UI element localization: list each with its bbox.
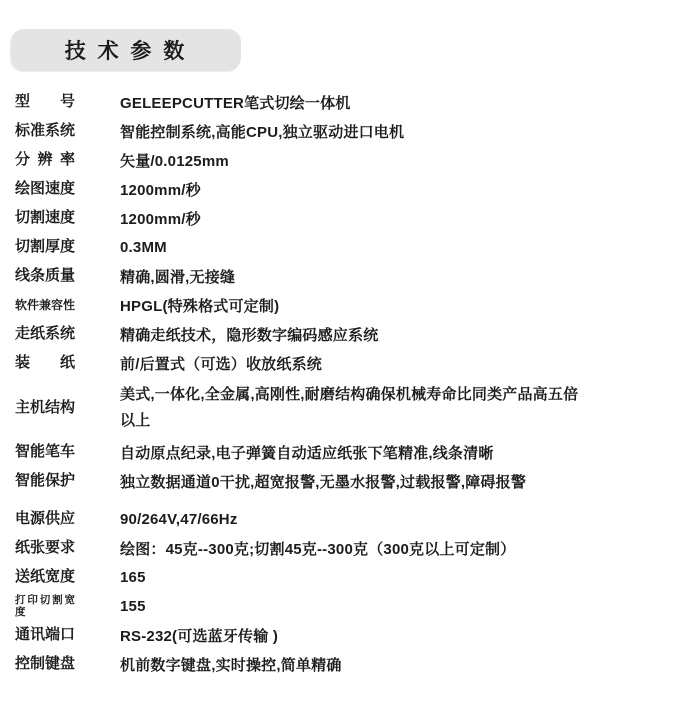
spec-value: 美式,一体化,全金属,高刚性,耐磨结构确保机械寿命比同类产品高五倍以上 (120, 382, 580, 434)
spec-value: 155 (120, 598, 146, 615)
spec-row-power-supply: 电源供应 90/264V,47/66Hz (15, 505, 690, 534)
spec-value: 1200mm/秒 (120, 179, 201, 200)
spec-row-paper-requirement: 纸张要求 绘图：45克--300克;切割45克--300克（300克以上可定制） (15, 534, 690, 563)
spec-row-plot-speed: 绘图速度 1200mm/秒 (15, 175, 690, 204)
spec-value: RS-232(可选蓝牙传输 ) (120, 625, 278, 646)
spec-label: 打印切割宽度 (15, 595, 75, 618)
spec-value: 矢量/0.0125mm (120, 150, 229, 171)
title-badge: 技 术 参 数 (11, 29, 241, 71)
spec-label: 绘图速度 (15, 181, 75, 198)
spec-row-smart-pen-carriage: 智能笔车 自动原点纪录,电子弹簧自动适应纸张下笔精准,线条清晰 (15, 438, 690, 467)
spec-label: 送纸宽度 (15, 569, 75, 586)
spec-row-standard-system: 标准系统 智能控制系统,高能CPU,独立驱动进口电机 (15, 117, 690, 146)
spec-value: 0.3MM (120, 239, 167, 256)
spec-label: 智能笔车 (15, 444, 75, 461)
spec-value: 精确,圆滑,无接缝 (120, 266, 235, 287)
spec-value: HPGL(特殊格式可定制) (120, 295, 279, 316)
spec-value: 165 (120, 569, 146, 586)
spec-row-model: 型 号 GELEEPCUTTER笔式切绘一体机 (15, 88, 690, 117)
spec-table: 型 号 GELEEPCUTTER笔式切绘一体机 标准系统 智能控制系统,高能CP… (15, 88, 690, 679)
spec-row-control-keypad: 控制键盘 机前数字键盘,实时操控,简单精确 (15, 650, 690, 679)
spec-row-line-quality: 线条质量 精确,圆滑,无接缝 (15, 262, 690, 291)
spec-label: 标准系统 (15, 123, 75, 140)
spec-label: 主机结构 (15, 400, 75, 417)
spec-value: 精确走纸技术，隐形数字编码感应系统 (120, 324, 378, 345)
spec-label: 控制键盘 (15, 656, 75, 673)
spec-label: 装 纸 (15, 355, 75, 372)
spec-value: 1200mm/秒 (120, 208, 201, 229)
spec-label: 智能保护 (15, 473, 75, 490)
spec-row-chassis-structure: 主机结构 美式,一体化,全金属,高刚性,耐磨结构确保机械寿命比同类产品高五倍以上 (15, 382, 690, 434)
spec-value: 智能控制系统,高能CPU,独立驱动进口电机 (120, 121, 404, 142)
spec-value: 自动原点纪录,电子弹簧自动适应纸张下笔精准,线条清晰 (120, 442, 494, 463)
spec-value: 90/264V,47/66Hz (120, 511, 238, 528)
spec-label: 切割厚度 (15, 239, 75, 256)
spec-value: 独立数据通道0干扰,超宽报警,无墨水报警,过载报警,障碍报警 (120, 471, 526, 492)
spec-label: 通讯端口 (15, 627, 75, 644)
spec-row-cut-thickness: 切割厚度 0.3MM (15, 233, 690, 262)
spec-row-feed-width: 送纸宽度 165 (15, 563, 690, 592)
spec-label: 分 辨 率 (15, 152, 75, 169)
spec-row-resolution: 分 辨 率 矢量/0.0125mm (15, 146, 690, 175)
spec-row-comm-port: 通讯端口 RS-232(可选蓝牙传输 ) (15, 621, 690, 650)
spec-row-paper-loading: 装 纸 前/后置式（可选）收放纸系统 (15, 349, 690, 378)
spec-value: 前/后置式（可选）收放纸系统 (120, 353, 322, 374)
spec-label: 软件兼容性 (15, 299, 75, 312)
spec-label: 电源供应 (15, 511, 75, 528)
spec-value: 绘图：45克--300克;切割45克--300克（300克以上可定制） (120, 538, 515, 559)
page-title: 技 术 参 数 (65, 35, 188, 65)
spec-label: 切割速度 (15, 210, 75, 227)
spec-label: 型 号 (15, 94, 75, 111)
spec-row-paper-feed-system: 走纸系统 精确走纸技术，隐形数字编码感应系统 (15, 320, 690, 349)
spec-label: 线条质量 (15, 268, 75, 285)
spec-row-software-compat: 软件兼容性 HPGL(特殊格式可定制) (15, 291, 690, 320)
spec-label: 走纸系统 (15, 326, 75, 343)
spec-row-smart-protection: 智能保护 独立数据通道0干扰,超宽报警,无墨水报警,过载报警,障碍报警 (15, 467, 690, 496)
spec-value: GELEEPCUTTER笔式切绘一体机 (120, 92, 350, 113)
spec-row-cut-speed: 切割速度 1200mm/秒 (15, 204, 690, 233)
spec-label: 纸张要求 (15, 540, 75, 557)
spec-value: 机前数字键盘,实时操控,简单精确 (120, 654, 342, 675)
spec-row-print-cut-width: 打印切割宽度 155 (15, 592, 690, 621)
